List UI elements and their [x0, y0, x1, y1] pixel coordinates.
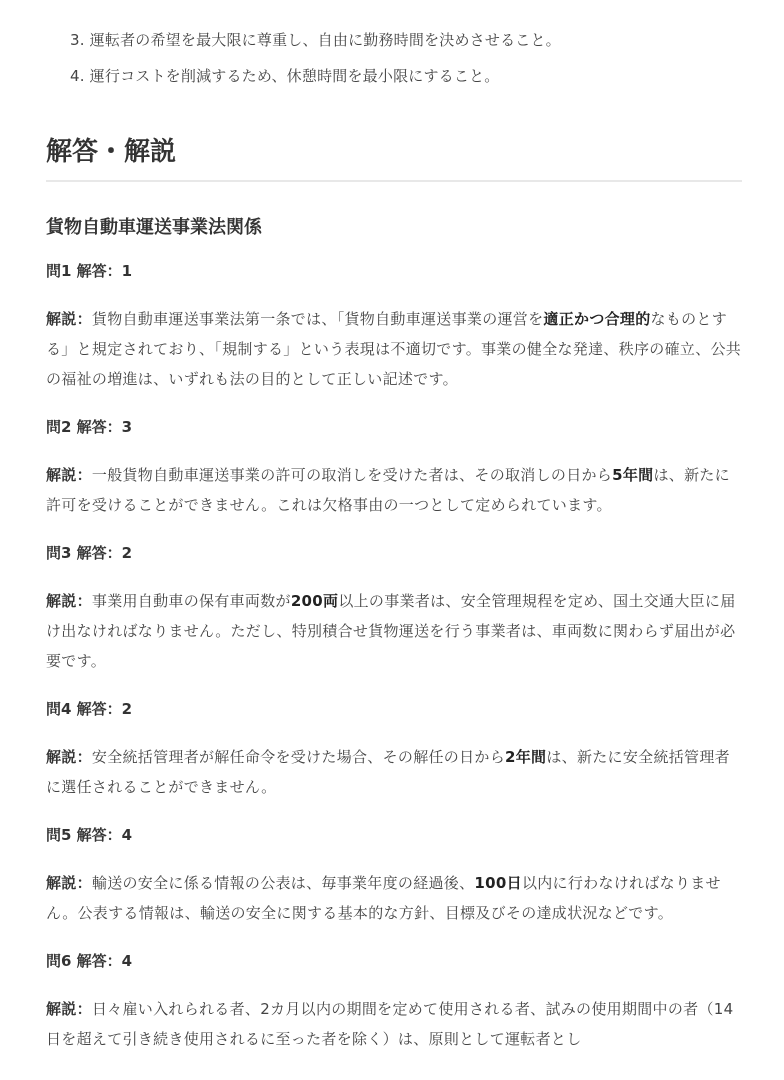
explanation-emphasis: 適正かつ合理的: [543, 310, 650, 328]
explanation: 解説：安全統括管理者が解任命令を受けた場合、その解任の日から2年間は、新たに安全…: [46, 742, 742, 802]
explanation-emphasis: 100日: [474, 874, 522, 892]
explanation-label: 解説：: [46, 592, 92, 610]
explanation: 解説：事業用自動車の保有車両数が200両以上の事業者は、安全管理規程を定め、国土…: [46, 586, 742, 676]
explanation-emphasis: 2年間: [505, 748, 546, 766]
explanation: 解説：貨物自動車運送事業法第一条では、「貨物自動車運送事業の運営を適正かつ合理的…: [46, 304, 742, 394]
choice-item: 3. 運転者の希望を最大限に尊重し、自由に勤務時間を決めさせること。: [70, 30, 742, 50]
section-title: 解答・解説: [46, 136, 742, 182]
choice-item: 4. 運行コストを削減するため、休憩時間を最小限にすること。: [70, 66, 742, 86]
article-body: 3. 運転者の希望を最大限に尊重し、自由に勤務時間を決めさせること。 4. 運行…: [0, 0, 784, 1054]
question-answer-heading: 問2 解答：3: [46, 416, 742, 438]
explanation: 解説：日々雇い入れられる者、2カ月以内の期間を定めて使用される者、試みの使用期間…: [46, 994, 742, 1054]
explanation-emphasis: 5年間: [612, 466, 653, 484]
question-answer-heading: 問3 解答：2: [46, 542, 742, 564]
explanation-text: 輸送の安全に係る情報の公表は、毎事業年度の経過後、: [92, 874, 475, 892]
explanation: 解説：輸送の安全に係る情報の公表は、毎事業年度の経過後、100日以内に行わなけれ…: [46, 868, 742, 928]
question-answer-heading: 問5 解答：4: [46, 824, 742, 846]
choice-list: 3. 運転者の希望を最大限に尊重し、自由に勤務時間を決めさせること。 4. 運行…: [46, 0, 742, 86]
question-answer-heading: 問6 解答：4: [46, 950, 742, 972]
explanation-text: 一般貨物自動車運送事業の許可の取消しを受けた者は、その取消しの日から: [92, 466, 612, 484]
explanation-text: 貨物自動車運送事業法第一条では、「貨物自動車運送事業の運営を: [92, 310, 544, 328]
explanation-emphasis: 200両: [291, 592, 339, 610]
subsection-title: 貨物自動車運送事業法関係: [46, 216, 742, 240]
explanation-text: 日々雇い入れられる者、2カ月以内の期間を定めて使用される者、試みの使用期間中の者…: [46, 1000, 733, 1048]
explanation-text: 事業用自動車の保有車両数が: [92, 592, 291, 610]
explanation-label: 解説：: [46, 874, 92, 892]
explanation-label: 解説：: [46, 310, 92, 328]
explanation-label: 解説：: [46, 748, 92, 766]
explanation-label: 解説：: [46, 1000, 92, 1018]
question-answer-heading: 問1 解答：1: [46, 260, 742, 282]
explanation: 解説：一般貨物自動車運送事業の許可の取消しを受けた者は、その取消しの日から5年間…: [46, 460, 742, 520]
explanation-label: 解説：: [46, 466, 92, 484]
explanation-text: 安全統括管理者が解任命令を受けた場合、その解任の日から: [92, 748, 505, 766]
question-answer-heading: 問4 解答：2: [46, 698, 742, 720]
